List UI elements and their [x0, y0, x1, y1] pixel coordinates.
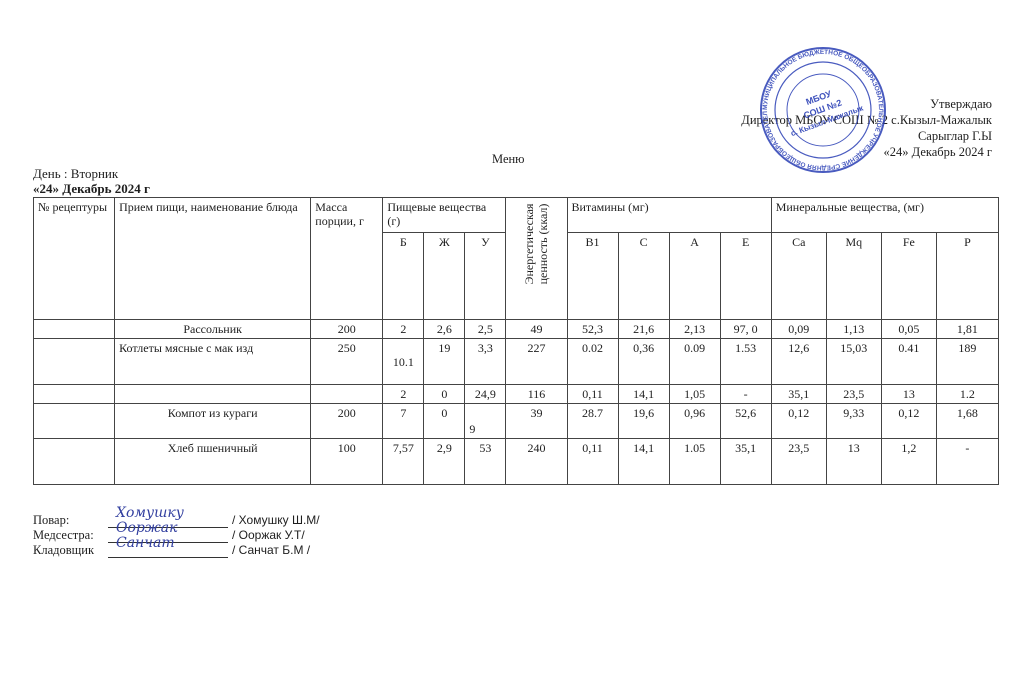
- handwritten-signature: Ооржак: [116, 521, 178, 536]
- table-row: Компот из кураги2007093928.719,60,9652,6…: [34, 404, 999, 439]
- cell-ca: 35,1: [771, 385, 826, 404]
- cell-zh: 0: [424, 385, 465, 404]
- cell-c: 19,6: [618, 404, 669, 439]
- cell-a: 2,13: [669, 320, 720, 339]
- cell-value: -: [744, 387, 748, 401]
- cell-energy: 39: [506, 404, 567, 439]
- cell-value: 52,6: [735, 406, 756, 420]
- school-stamp: МУНИЦИПАЛЬНОЕ БЮДЖЕТНОЕ ОБЩЕОБРАЗОВАТЕЛЬ…: [748, 45, 898, 175]
- cell-value: Рассольник: [183, 322, 242, 336]
- cell-e: 97, 0: [720, 320, 771, 339]
- subheader-fat: Ж: [424, 233, 465, 320]
- cell-value: 24,9: [475, 387, 496, 401]
- cell-fe: 13: [881, 385, 936, 404]
- handwritten-signature: Хомушку: [116, 506, 184, 521]
- cell-b: 10.1: [383, 339, 424, 385]
- subheader-carbs: У: [465, 233, 506, 320]
- cell-value: 35,1: [788, 387, 809, 401]
- cell-value: 23,5: [788, 441, 809, 455]
- header-energy: Энергетическая ценность (ккал): [506, 198, 567, 320]
- cell-a: 0,96: [669, 404, 720, 439]
- cell-value: 2,6: [437, 322, 452, 336]
- cell-value: 35,1: [735, 441, 756, 455]
- cell-recipe: [34, 439, 115, 485]
- cell-value: 7: [400, 406, 406, 420]
- cell-p: 1,68: [936, 404, 998, 439]
- day-label: День : Вторник: [33, 166, 150, 181]
- signature-line: Санчат: [108, 544, 228, 558]
- cell-p: 1,81: [936, 320, 998, 339]
- cell-value: 1,68: [957, 406, 978, 420]
- header-energy-text: Энергетическая ценность (ккал): [522, 199, 550, 289]
- cell-ca: 23,5: [771, 439, 826, 485]
- cell-recipe: [34, 320, 115, 339]
- cell-value: 1,05: [684, 387, 705, 401]
- signature-name: / Хомушку Ш.М/: [232, 513, 320, 528]
- cell-ca: 12,6: [771, 339, 826, 385]
- signature-name: / Санчат Б.М /: [232, 543, 310, 558]
- cell-mass: 200: [311, 320, 383, 339]
- cell-dish: [115, 385, 311, 404]
- cell-value: 39: [530, 406, 542, 420]
- cell-b: 2: [383, 385, 424, 404]
- cell-e: -: [720, 385, 771, 404]
- cell-value: 200: [338, 322, 356, 336]
- document-title: Меню: [492, 152, 525, 167]
- cell-c: 0,36: [618, 339, 669, 385]
- signature-row: Медсестра:Ооржак/ Ооржак У.Т/: [33, 528, 320, 543]
- cell-fe: 0,12: [881, 404, 936, 439]
- header-vitamins: Витамины (мг): [567, 198, 771, 233]
- cell-b1: 0,11: [567, 439, 618, 485]
- cell-value: 2: [400, 322, 406, 336]
- cell-dish: Хлеб пшеничный: [115, 439, 311, 485]
- cell-value: 1,2: [901, 441, 916, 455]
- handwritten-signature: Санчат: [116, 536, 175, 551]
- table-row: Рассольник20022,62,54952,321,62,1397, 00…: [34, 320, 999, 339]
- cell-mq: 13: [826, 439, 881, 485]
- cell-value: 14,1: [633, 441, 654, 455]
- cell-fe: 0.41: [881, 339, 936, 385]
- signature-role: Медсестра:: [33, 528, 108, 543]
- cell-value: 14,1: [633, 387, 654, 401]
- cell-value: 200: [338, 406, 356, 420]
- cell-value: 13: [903, 387, 915, 401]
- cell-value: Котлеты мясные с мак изд: [119, 341, 253, 355]
- cell-dish: Рассольник: [115, 320, 311, 339]
- signature-row: КладовщикСанчат/ Санчат Б.М /: [33, 543, 320, 558]
- cell-value: 0.41: [898, 341, 919, 355]
- cell-value: 1,81: [957, 322, 978, 336]
- subheader-a: A: [669, 233, 720, 320]
- cell-p: -: [936, 439, 998, 485]
- subheader-mq: Mq: [826, 233, 881, 320]
- cell-value: 227: [527, 341, 545, 355]
- cell-value: Компот из кураги: [168, 406, 258, 420]
- cell-zh: 19: [424, 339, 465, 385]
- header-minerals: Минеральные вещества, (мг): [771, 198, 998, 233]
- cell-value: -: [965, 441, 969, 455]
- subheader-e: E: [720, 233, 771, 320]
- cell-value: 2,9: [437, 441, 452, 455]
- cell-p: 1.2: [936, 385, 998, 404]
- cell-b: 7,57: [383, 439, 424, 485]
- menu-table: № рецептуры Прием пищи, наименование блю…: [33, 197, 999, 485]
- cell-recipe: [34, 404, 115, 439]
- cell-c: 14,1: [618, 439, 669, 485]
- header-recipe-no: № рецептуры: [34, 198, 115, 320]
- cell-b1: 52,3: [567, 320, 618, 339]
- cell-e: 35,1: [720, 439, 771, 485]
- cell-value: 9,33: [843, 406, 864, 420]
- cell-value: 0,05: [898, 322, 919, 336]
- subheader-p: P: [936, 233, 998, 320]
- cell-value: 0.09: [684, 341, 705, 355]
- cell-value: 0: [441, 387, 447, 401]
- date-label: «24» Декабрь 2024 г: [33, 181, 150, 196]
- cell-value: 21,6: [633, 322, 654, 336]
- cell-p: 189: [936, 339, 998, 385]
- cell-zh: 0: [424, 404, 465, 439]
- cell-value: 1.2: [960, 387, 975, 401]
- cell-u: 24,9: [465, 385, 506, 404]
- cell-c: 21,6: [618, 320, 669, 339]
- cell-value: 19,6: [633, 406, 654, 420]
- cell-value: 1,13: [843, 322, 864, 336]
- cell-b1: 0.02: [567, 339, 618, 385]
- cell-value: 0: [441, 406, 447, 420]
- cell-recipe: [34, 339, 115, 385]
- cell-value: 9: [469, 406, 501, 436]
- header-nutrients: Пищевые вещества (г): [383, 198, 506, 233]
- cell-b1: 0,11: [567, 385, 618, 404]
- cell-value: 0,12: [898, 406, 919, 420]
- cell-a: 1.05: [669, 439, 720, 485]
- cell-dish: Компот из кураги: [115, 404, 311, 439]
- cell-u: 3,3: [465, 339, 506, 385]
- cell-value: 0,11: [582, 441, 603, 455]
- cell-a: 1,05: [669, 385, 720, 404]
- cell-value: 0,11: [582, 387, 603, 401]
- cell-zh: 2,9: [424, 439, 465, 485]
- cell-value: 97, 0: [734, 322, 758, 336]
- cell-value: 7,57: [393, 441, 414, 455]
- cell-u: 53: [465, 439, 506, 485]
- header-mass: Масса порции, г: [311, 198, 383, 320]
- cell-mass: 200: [311, 404, 383, 439]
- cell-mq: 9,33: [826, 404, 881, 439]
- cell-recipe: [34, 385, 115, 404]
- cell-value: 1.53: [735, 341, 756, 355]
- cell-value: 2: [400, 387, 406, 401]
- cell-b: 7: [383, 404, 424, 439]
- cell-c: 14,1: [618, 385, 669, 404]
- cell-value: 52,3: [582, 322, 603, 336]
- cell-value: 0.02: [582, 341, 603, 355]
- signature-name: / Ооржак У.Т/: [232, 528, 305, 543]
- cell-value: 12,6: [788, 341, 809, 355]
- cell-mass: 100: [311, 439, 383, 485]
- cell-mq: 23,5: [826, 385, 881, 404]
- subheader-fe: Fe: [881, 233, 936, 320]
- cell-value: 13: [848, 441, 860, 455]
- cell-value: 0,09: [788, 322, 809, 336]
- cell-b: 2: [383, 320, 424, 339]
- signature-role: Кладовщик: [33, 543, 108, 558]
- cell-mass: 250: [311, 339, 383, 385]
- cell-value: 1.05: [684, 441, 705, 455]
- cell-value: 23,5: [843, 387, 864, 401]
- cell-dish: Котлеты мясные с мак изд: [115, 339, 311, 385]
- cell-fe: 0,05: [881, 320, 936, 339]
- cell-energy: 49: [506, 320, 567, 339]
- cell-zh: 2,6: [424, 320, 465, 339]
- cell-value: 3,3: [478, 341, 493, 355]
- cell-value: 0,12: [788, 406, 809, 420]
- cell-e: 52,6: [720, 404, 771, 439]
- subheader-ca: Ca: [771, 233, 826, 320]
- cell-fe: 1,2: [881, 439, 936, 485]
- subheader-c: C: [618, 233, 669, 320]
- cell-value: 2,5: [478, 322, 493, 336]
- cell-energy: 116: [506, 385, 567, 404]
- cell-value: 240: [527, 441, 545, 455]
- cell-e: 1.53: [720, 339, 771, 385]
- signature-role: Повар:: [33, 513, 108, 528]
- cell-value: 49: [530, 322, 542, 336]
- day-info: День : Вторник «24» Декабрь 2024 г: [33, 166, 150, 196]
- cell-value: 28.7: [582, 406, 603, 420]
- cell-a: 0.09: [669, 339, 720, 385]
- cell-u: 2,5: [465, 320, 506, 339]
- table-row: Котлеты мясные с мак изд25010.1193,32270…: [34, 339, 999, 385]
- signatures-block: Повар:Хомушку/ Хомушку Ш.М/Медсестра:Оор…: [33, 513, 320, 558]
- cell-mass: [311, 385, 383, 404]
- table-row: 2024,91160,1114,11,05-35,123,5131.2: [34, 385, 999, 404]
- cell-value: 19: [438, 341, 450, 355]
- cell-value: 0,36: [633, 341, 654, 355]
- cell-energy: 227: [506, 339, 567, 385]
- cell-value: 10.1: [387, 341, 419, 369]
- cell-value: Хлеб пшеничный: [168, 441, 258, 455]
- cell-value: 100: [338, 441, 356, 455]
- cell-mq: 1,13: [826, 320, 881, 339]
- subheader-protein: Б: [383, 233, 424, 320]
- cell-value: 2,13: [684, 322, 705, 336]
- table-row: Хлеб пшеничный1007,572,9532400,1114,11.0…: [34, 439, 999, 485]
- subheader-b1: B1: [567, 233, 618, 320]
- cell-value: 250: [338, 341, 356, 355]
- cell-value: 116: [528, 387, 546, 401]
- cell-value: 15,03: [840, 341, 867, 355]
- cell-value: 189: [958, 341, 976, 355]
- cell-value: 53: [479, 441, 491, 455]
- cell-b1: 28.7: [567, 404, 618, 439]
- cell-value: 0,96: [684, 406, 705, 420]
- header-dish: Прием пищи, наименование блюда: [115, 198, 311, 320]
- cell-energy: 240: [506, 439, 567, 485]
- cell-ca: 0,12: [771, 404, 826, 439]
- cell-ca: 0,09: [771, 320, 826, 339]
- cell-mq: 15,03: [826, 339, 881, 385]
- cell-u: 9: [465, 404, 506, 439]
